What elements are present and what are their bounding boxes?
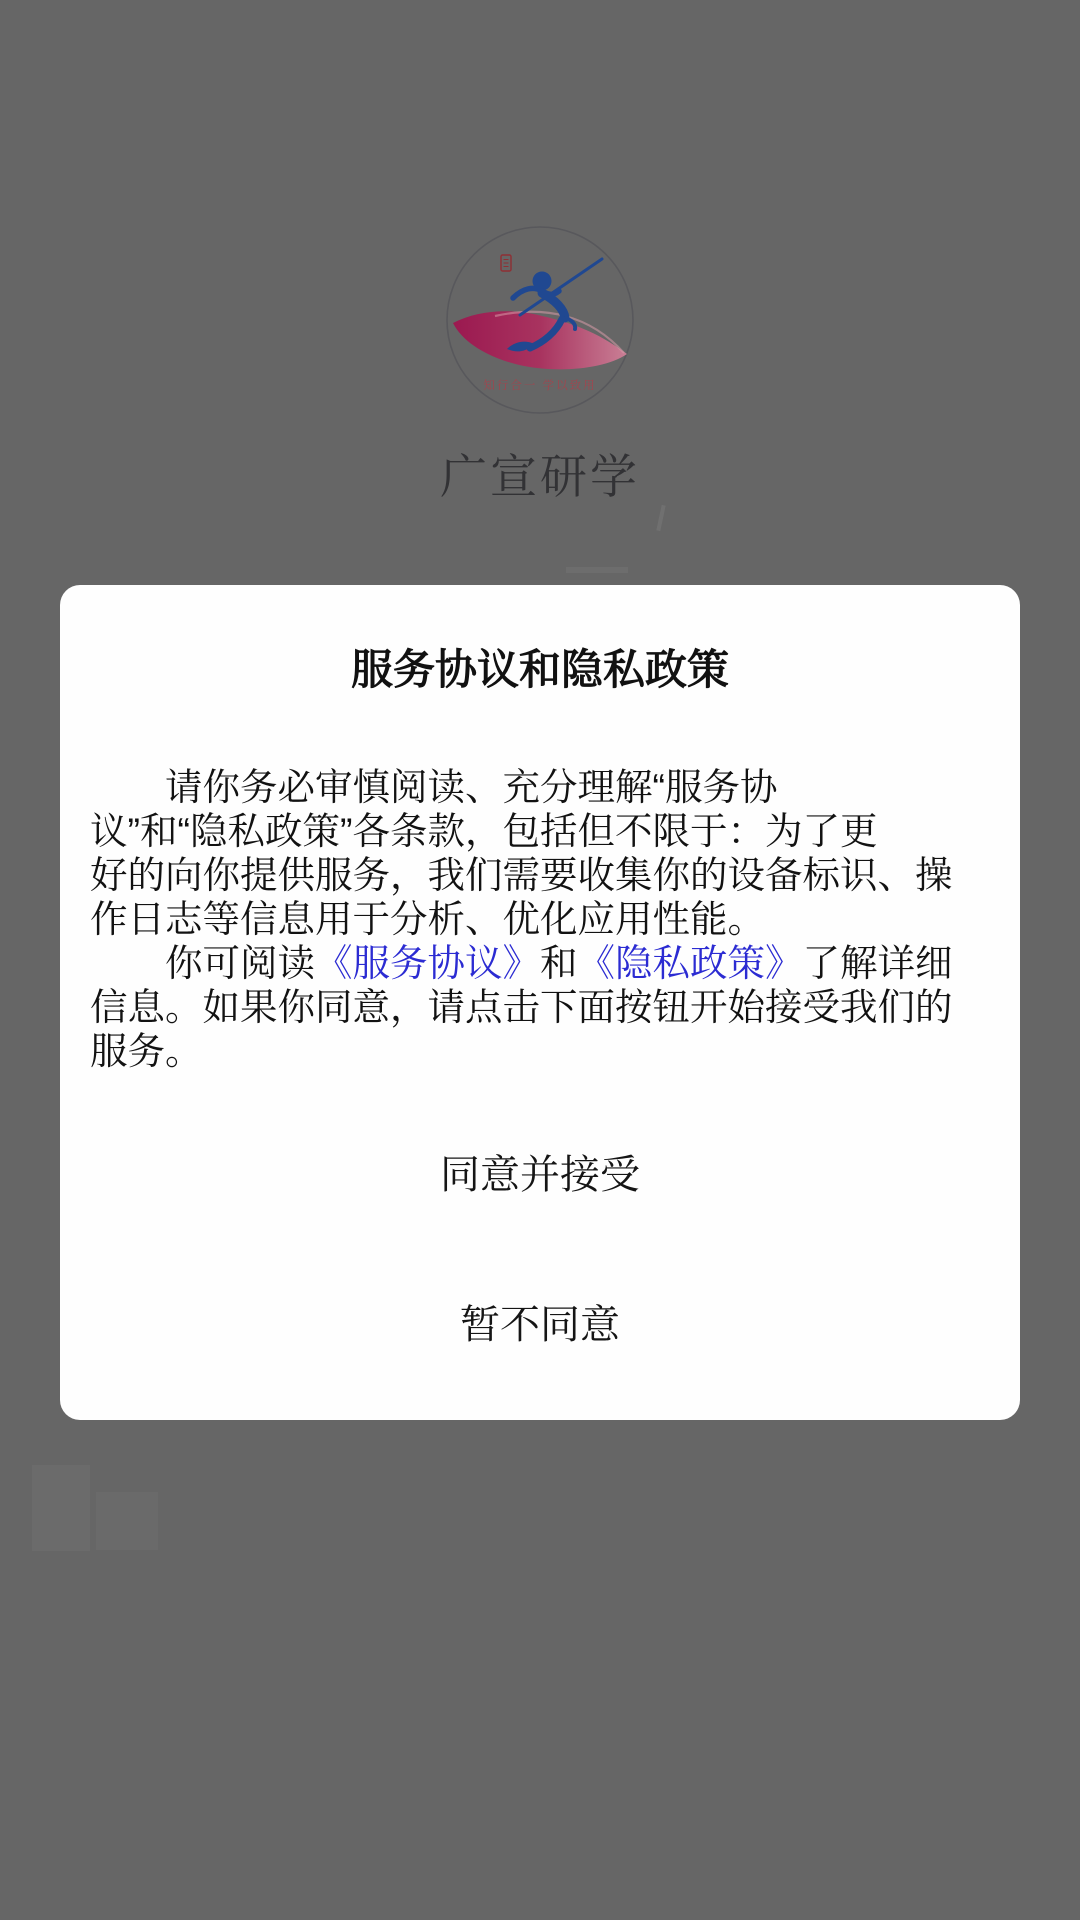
agreement-segment: 了解详细 (803, 942, 953, 984)
agreement-segment: 和 (540, 942, 578, 984)
splash-artifact (566, 567, 628, 573)
agreement-segment: 服务。 (90, 1030, 203, 1072)
agreement-line: 你可阅读《服务协议》和《隐私政策》了解详细 (90, 941, 990, 985)
agreement-line: 请你务必审慎阅读、充分理解“服务协 (90, 765, 990, 809)
agree-button[interactable]: 同意并接受 (90, 1153, 990, 1197)
agreement-segment: 作日志等信息用于分析、优化应用性能。 (90, 898, 765, 940)
privacy-dialog: 服务协议和隐私政策 请你务必审慎阅读、充分理解“服务协议”和“隐私政策”各条款，… (60, 585, 1020, 1420)
agreement-segment: 信息。如果你同意，请点击下面按钮开始接受我们的 (90, 986, 953, 1028)
agreement-line: 作日志等信息用于分析、优化应用性能。 (90, 897, 990, 941)
agreement-text: 请你务必审慎阅读、充分理解“服务协议”和“隐私政策”各条款，包括但不限于：为了更… (90, 765, 990, 1073)
splash-artifact (32, 1465, 90, 1551)
seal-stamp-icon (501, 255, 511, 271)
agreement-segment: 你可阅读 (165, 942, 315, 984)
splash-screen: 知行合一 学以致用 广宣研学 服务协议和隐私政策 请你务必审慎阅读、充分理解“服… (0, 0, 1080, 1920)
agreement-segment: 好的向你提供服务，我们需要收集你的设备标识、操 (90, 854, 953, 896)
app-name: 广宣研学 (0, 440, 1080, 507)
app-logo: 知行合一 学以致用 (440, 220, 640, 420)
agreement-line: 服务。 (90, 1029, 990, 1073)
agreement-segment: 议”和“隐私政策”各条款，包括但不限于：为了更 (90, 810, 877, 852)
privacy-policy-link[interactable]: 《隐私政策》 (578, 942, 803, 984)
service-agreement-link[interactable]: 《服务协议》 (315, 942, 540, 984)
app-logo-graphic: 知行合一 学以致用 (440, 220, 640, 420)
agreement-segment: 请你务必审慎阅读、充分理解“服务协 (165, 766, 778, 808)
splash-artifact (96, 1492, 158, 1550)
dialog-title: 服务协议和隐私政策 (90, 647, 990, 693)
agreement-line: 信息。如果你同意，请点击下面按钮开始接受我们的 (90, 985, 990, 1029)
agreement-line: 议”和“隐私政策”各条款，包括但不限于：为了更 (90, 809, 990, 853)
agreement-line: 好的向你提供服务，我们需要收集你的设备标识、操 (90, 853, 990, 897)
logo-motto: 知行合一 学以致用 (483, 378, 596, 392)
splash-artifact (656, 505, 665, 531)
disagree-button[interactable]: 暂不同意 (90, 1303, 990, 1347)
